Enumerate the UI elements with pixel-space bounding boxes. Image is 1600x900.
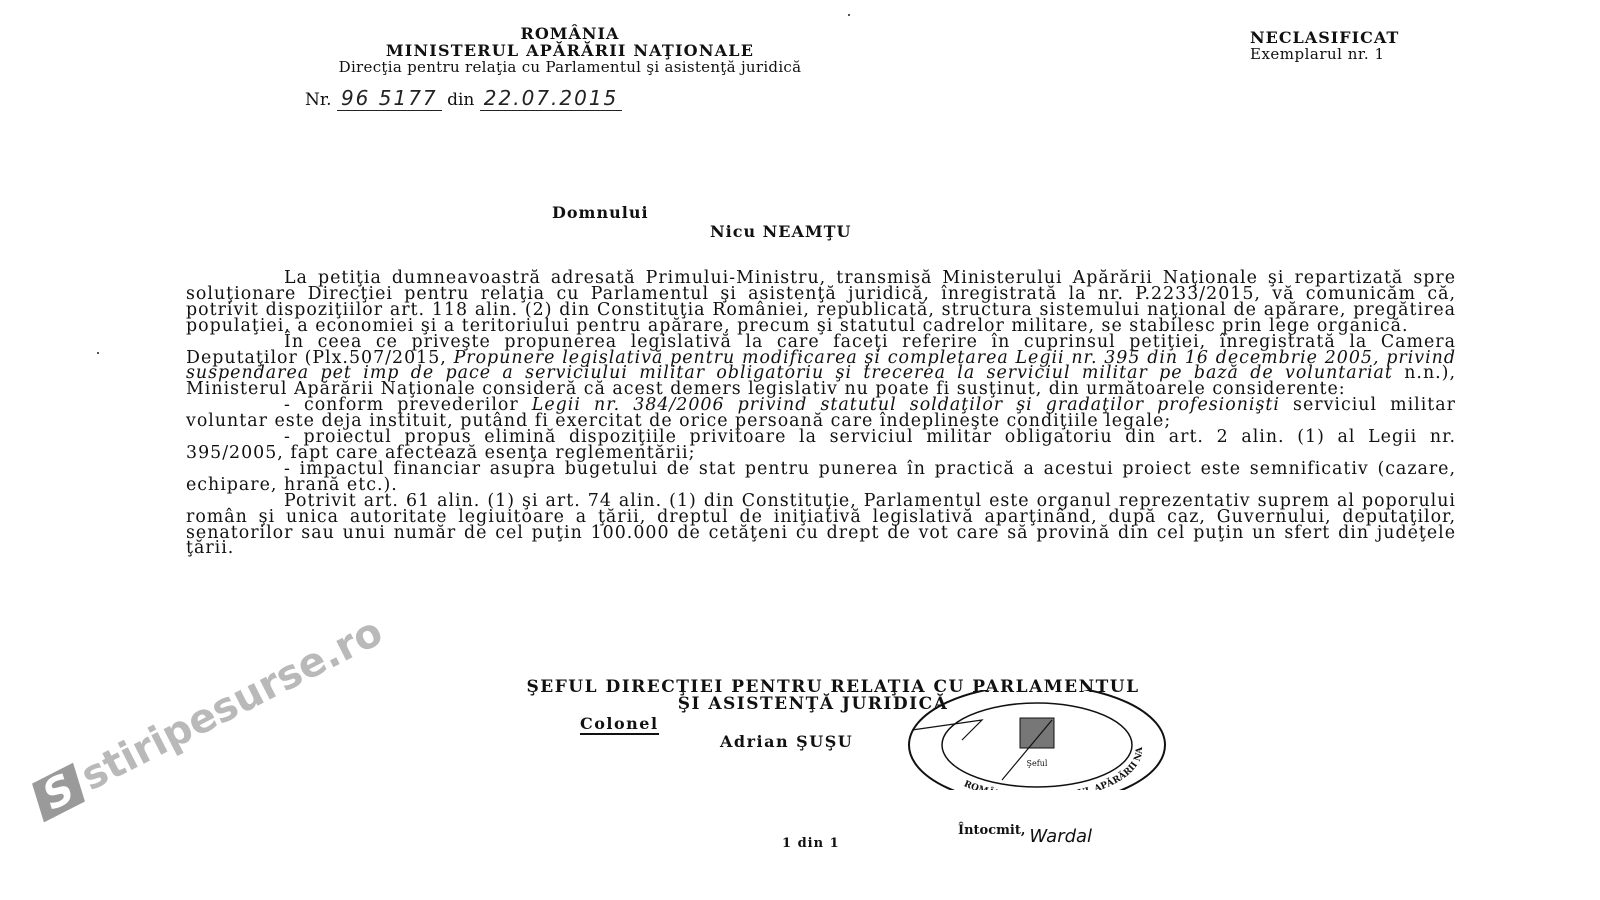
signature-block: ŞEFUL DIRECŢIEI PENTRU RELAŢIA CU PARLAM… [318, 678, 1348, 712]
paragraph-2: În ceea ce priveşte propunerea legislati… [186, 335, 1456, 399]
svg-text:Şeful: Şeful [1027, 759, 1048, 768]
classification-block: NECLASIFICAT Exemplarul nr. 1 [1250, 30, 1399, 62]
recipient-name: Nicu NEAMŢU [552, 222, 851, 241]
bullet-2: - proiectul propus elimină dispoziţiile … [186, 430, 1456, 462]
signatory-rank: Colonel [580, 714, 659, 735]
scan-speck [800, 355, 802, 357]
prepared-by: Întocmit,Wardal [958, 818, 1092, 839]
country-name: ROMÂNIA [190, 26, 950, 42]
prepared-label: Întocmit, [958, 823, 1025, 838]
paragraph-1: La petiţia dumneavoastră adresată Primul… [186, 271, 1456, 335]
bullet-3: - impactul financiar asupra bugetului de… [186, 462, 1456, 494]
salutation: Domnului [552, 203, 851, 222]
registration-date: 22.07.2015 [480, 86, 623, 111]
letterhead: ROMÂNIA MINISTERUL APĂRĂRII NAŢIONALE Di… [190, 26, 950, 75]
watermark: Sstiripesurse.ro [28, 609, 390, 824]
directorate-name: Direcţia pentru relaţia cu Parlamentul ş… [190, 59, 950, 75]
registration-number: 96 5177 [337, 86, 442, 111]
recipient-block: Domnului Nicu NEAMŢU [552, 203, 851, 241]
prepared-signature: Wardal [1029, 826, 1092, 847]
scan-speck [848, 14, 850, 16]
din-label: din [447, 90, 474, 110]
signatory-name: Adrian ŞUŞU [720, 732, 853, 751]
copy-number: Exemplarul nr. 1 [1250, 46, 1399, 62]
page-number: 1 din 1 [782, 836, 840, 851]
scan-speck [97, 352, 99, 354]
letter-body: La petiţia dumneavoastră adresată Primul… [186, 271, 1456, 557]
ministry-name: MINISTERUL APĂRĂRII NAŢIONALE [190, 42, 950, 59]
nr-label: Nr. [305, 90, 332, 110]
bullet-1: - conform prevederilor Legii nr. 384/200… [186, 398, 1456, 430]
registration-number-line: Nr. 96 5177 din 22.07.2015 [305, 86, 622, 110]
classification-level: NECLASIFICAT [1250, 30, 1399, 46]
official-stamp-icon: ROMÂNIA * MINISTERUL APĂRĂRII NAŢIONALE … [902, 690, 1172, 790]
paragraph-3: Potrivit art. 61 alin. (1) şi art. 74 al… [186, 494, 1456, 558]
signatory-title-line-2: ŞI ASISTENŢĂ JURIDICĂ [278, 696, 1348, 712]
watermark-logo-icon: S [32, 763, 85, 823]
